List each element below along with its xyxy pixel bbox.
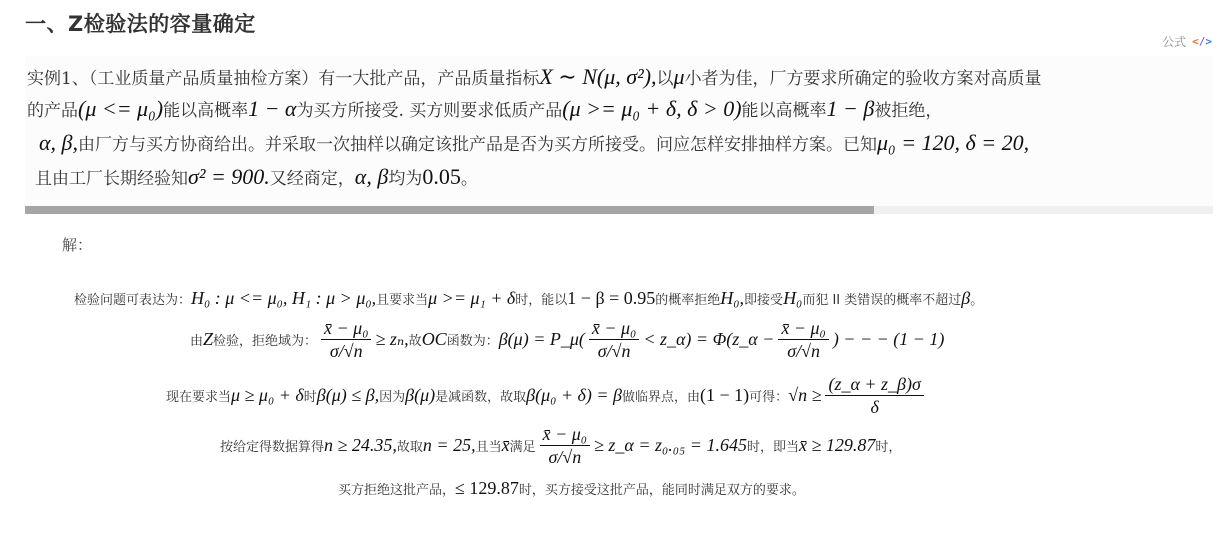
math: (μ <= μ₀) xyxy=(78,96,163,121)
page-title: 一、Z检验法的容量确定 xyxy=(25,8,256,38)
text: 实例1、（工业质量产品质量抽检方案）有一大批产品，产品质量指标 xyxy=(27,69,539,89)
fraction: x̄ − μ₀σ/√n xyxy=(778,318,828,361)
math: β(μ₀ + δ) = β xyxy=(526,385,622,406)
math: Z xyxy=(203,329,213,350)
math: ≥ z_α = z₀.₀₅ = 1.645 xyxy=(594,435,747,456)
math: n = 25, xyxy=(423,435,476,456)
fraction: x̄ − μ₀σ/√n xyxy=(321,318,371,361)
numerator: x̄ − μ₀ xyxy=(778,318,828,340)
math: x̄ xyxy=(502,435,510,456)
math: 1 − β = 0.95 xyxy=(567,288,655,309)
text: 函数为： xyxy=(447,330,499,349)
solution-line-2: 由Z检验，拒绝域为： x̄ − μ₀σ/√n ≥ zₙ,故OC函数为：β(μ) … xyxy=(190,318,944,361)
text: 且要求当 xyxy=(376,289,428,308)
text: 均为 xyxy=(388,169,422,189)
text: 即接受 xyxy=(744,289,783,308)
math: μ₀ = 120, δ = 20, xyxy=(877,130,1029,155)
math: √n ≥ xyxy=(788,385,821,406)
text: 为买方所接受. 买方则要求低质产品 xyxy=(296,101,562,121)
text: 的概率拒绝 xyxy=(655,289,720,308)
solution-line-3: 现在要求当μ ≥ μ₀ + δ时β(μ) ≤ β,因为β(μ)是减函数，故取β(… xyxy=(166,374,928,417)
text: 能以高概率 xyxy=(742,101,827,121)
math: ≤ 129.87 xyxy=(455,478,519,499)
text: 由 xyxy=(190,330,203,349)
text: 而犯 II 类错误的概率不超过 xyxy=(802,289,961,308)
math: α, β, xyxy=(39,130,78,155)
denominator: σ/√n xyxy=(327,340,366,361)
math: H₀ : μ <= μ₀, H₁ : μ > μ₀, xyxy=(191,288,376,309)
numerator: x̄ − μ₀ xyxy=(321,318,371,340)
math: β(μ) ≤ β, xyxy=(317,385,379,406)
text: 满足 xyxy=(510,436,536,455)
example-line-4: 且由工厂长期经验知σ² = 900.又经商定，α, β均为0.05。 xyxy=(35,164,478,190)
solution-line-1: 检验问题可表达为：H₀ : μ <= μ₀, H₁ : μ > μ₀,且要求当μ… xyxy=(74,288,983,309)
text: 。 xyxy=(970,289,983,308)
example-line-3: α, β,由厂方与买方协商给出。并采取一次抽样以确定该批产品是否为买方所接受。问… xyxy=(39,130,1029,156)
text: 被拒绝， xyxy=(874,101,942,121)
number: 0.05 xyxy=(422,164,461,189)
example-block: 实例1、（工业质量产品质量抽检方案）有一大批产品，产品质量指标X ∼ N(μ, … xyxy=(25,56,1213,206)
text: 且由工厂长期经验知 xyxy=(35,169,188,189)
text: 可得： xyxy=(749,386,788,405)
example-line-2: 的产品(μ <= μ₀)能以高概率1 − α为买方所接受. 买方则要求低质产品(… xyxy=(27,96,942,122)
denominator: σ/√n xyxy=(545,446,584,467)
math: OC xyxy=(422,329,447,350)
fraction: x̄ − μ₀σ/√n xyxy=(589,318,639,361)
numerator: x̄ − μ₀ xyxy=(589,318,639,340)
math: β(μ) = P_μ( xyxy=(499,329,585,350)
example-line-1: 实例1、（工业质量产品质量抽检方案）有一大批产品，产品质量指标X ∼ N(μ, … xyxy=(27,64,1042,90)
denominator: σ/√n xyxy=(784,340,823,361)
text: 是减函数，故取 xyxy=(435,386,526,405)
text: 以 xyxy=(657,69,674,89)
math: α, β xyxy=(355,164,389,189)
text: 检验问题可表达为： xyxy=(74,289,191,308)
math: < z_α) = Φ(z_α − xyxy=(643,329,774,350)
text: 时 xyxy=(304,386,317,405)
text: 按给定得数据算得 xyxy=(220,436,324,455)
horizontal-scrollbar[interactable] xyxy=(25,206,1213,214)
math: 1 − β xyxy=(827,96,875,121)
text: 。 xyxy=(461,169,478,189)
numerator: x̄ − μ₀ xyxy=(540,424,590,446)
text: 小者为佳，厂方要求所确定的验收方案对高质量 xyxy=(685,69,1042,89)
text: 由厂方与买方协商给出。并采取一次抽样以确定该批产品是否为买方所接受。问应怎样安排… xyxy=(78,135,877,155)
denominator: σ/√n xyxy=(595,340,634,361)
scrollbar-thumb[interactable] xyxy=(25,206,874,214)
solution-label: 解： xyxy=(62,234,92,255)
text: 又经商定， xyxy=(270,169,355,189)
math: μ xyxy=(674,64,685,89)
text: 买方拒绝这批产品， xyxy=(338,479,455,498)
formula-toolbar[interactable]: 公式 </> xyxy=(1162,33,1212,50)
solution-line-5: 买方拒绝这批产品，≤ 129.87时，买方接受这批产品，能同时满足双方的要求。 xyxy=(338,478,805,499)
math: H₀ xyxy=(783,288,802,309)
text: 时，买方接受这批产品，能同时满足双方的要求。 xyxy=(519,479,805,498)
text: 时， xyxy=(875,436,901,455)
math: 1 − α xyxy=(248,96,296,121)
math: (1 − 1) xyxy=(700,385,749,406)
fraction: x̄ − μ₀σ/√n xyxy=(540,424,590,467)
text: 时，即当 xyxy=(747,436,799,455)
math: H₀, xyxy=(720,288,744,309)
text: 故 xyxy=(409,330,422,349)
text: 故取 xyxy=(397,436,423,455)
text: 现在要求当 xyxy=(166,386,231,405)
formula-label[interactable]: 公式 xyxy=(1162,33,1186,50)
math: ) − − − (1 − 1) xyxy=(833,329,945,350)
math: x̄ ≥ 129.87 xyxy=(799,435,875,456)
math: β xyxy=(961,288,970,309)
math: ≥ zₙ, xyxy=(375,329,408,350)
math: (μ >= μ₀ + δ, δ > 0) xyxy=(562,96,741,121)
math: σ² = 900. xyxy=(188,164,270,189)
numerator: (z_α + z_β)σ xyxy=(825,374,923,396)
code-icon[interactable]: </> xyxy=(1192,35,1212,48)
math: X ∼ N(μ, σ²), xyxy=(539,64,656,89)
text: 检验，拒绝域为： xyxy=(213,330,317,349)
solution-line-4: 按给定得数据算得n ≥ 24.35,故取n = 25,且当x̄满足 x̄ − μ… xyxy=(220,424,901,467)
text: 因为 xyxy=(379,386,405,405)
math: β(μ) xyxy=(405,385,435,406)
text: 能以高概率 xyxy=(163,101,248,121)
text: 时，能以 xyxy=(515,289,567,308)
math: n ≥ 24.35, xyxy=(324,435,397,456)
math: μ ≥ μ₀ + δ xyxy=(231,385,304,406)
denominator: δ xyxy=(867,396,881,417)
math: μ >= μ₁ + δ xyxy=(428,288,515,309)
text: 的产品 xyxy=(27,101,78,121)
text: 且当 xyxy=(476,436,502,455)
fraction: (z_α + z_β)σδ xyxy=(825,374,923,417)
text: 做临界点，由 xyxy=(622,386,700,405)
